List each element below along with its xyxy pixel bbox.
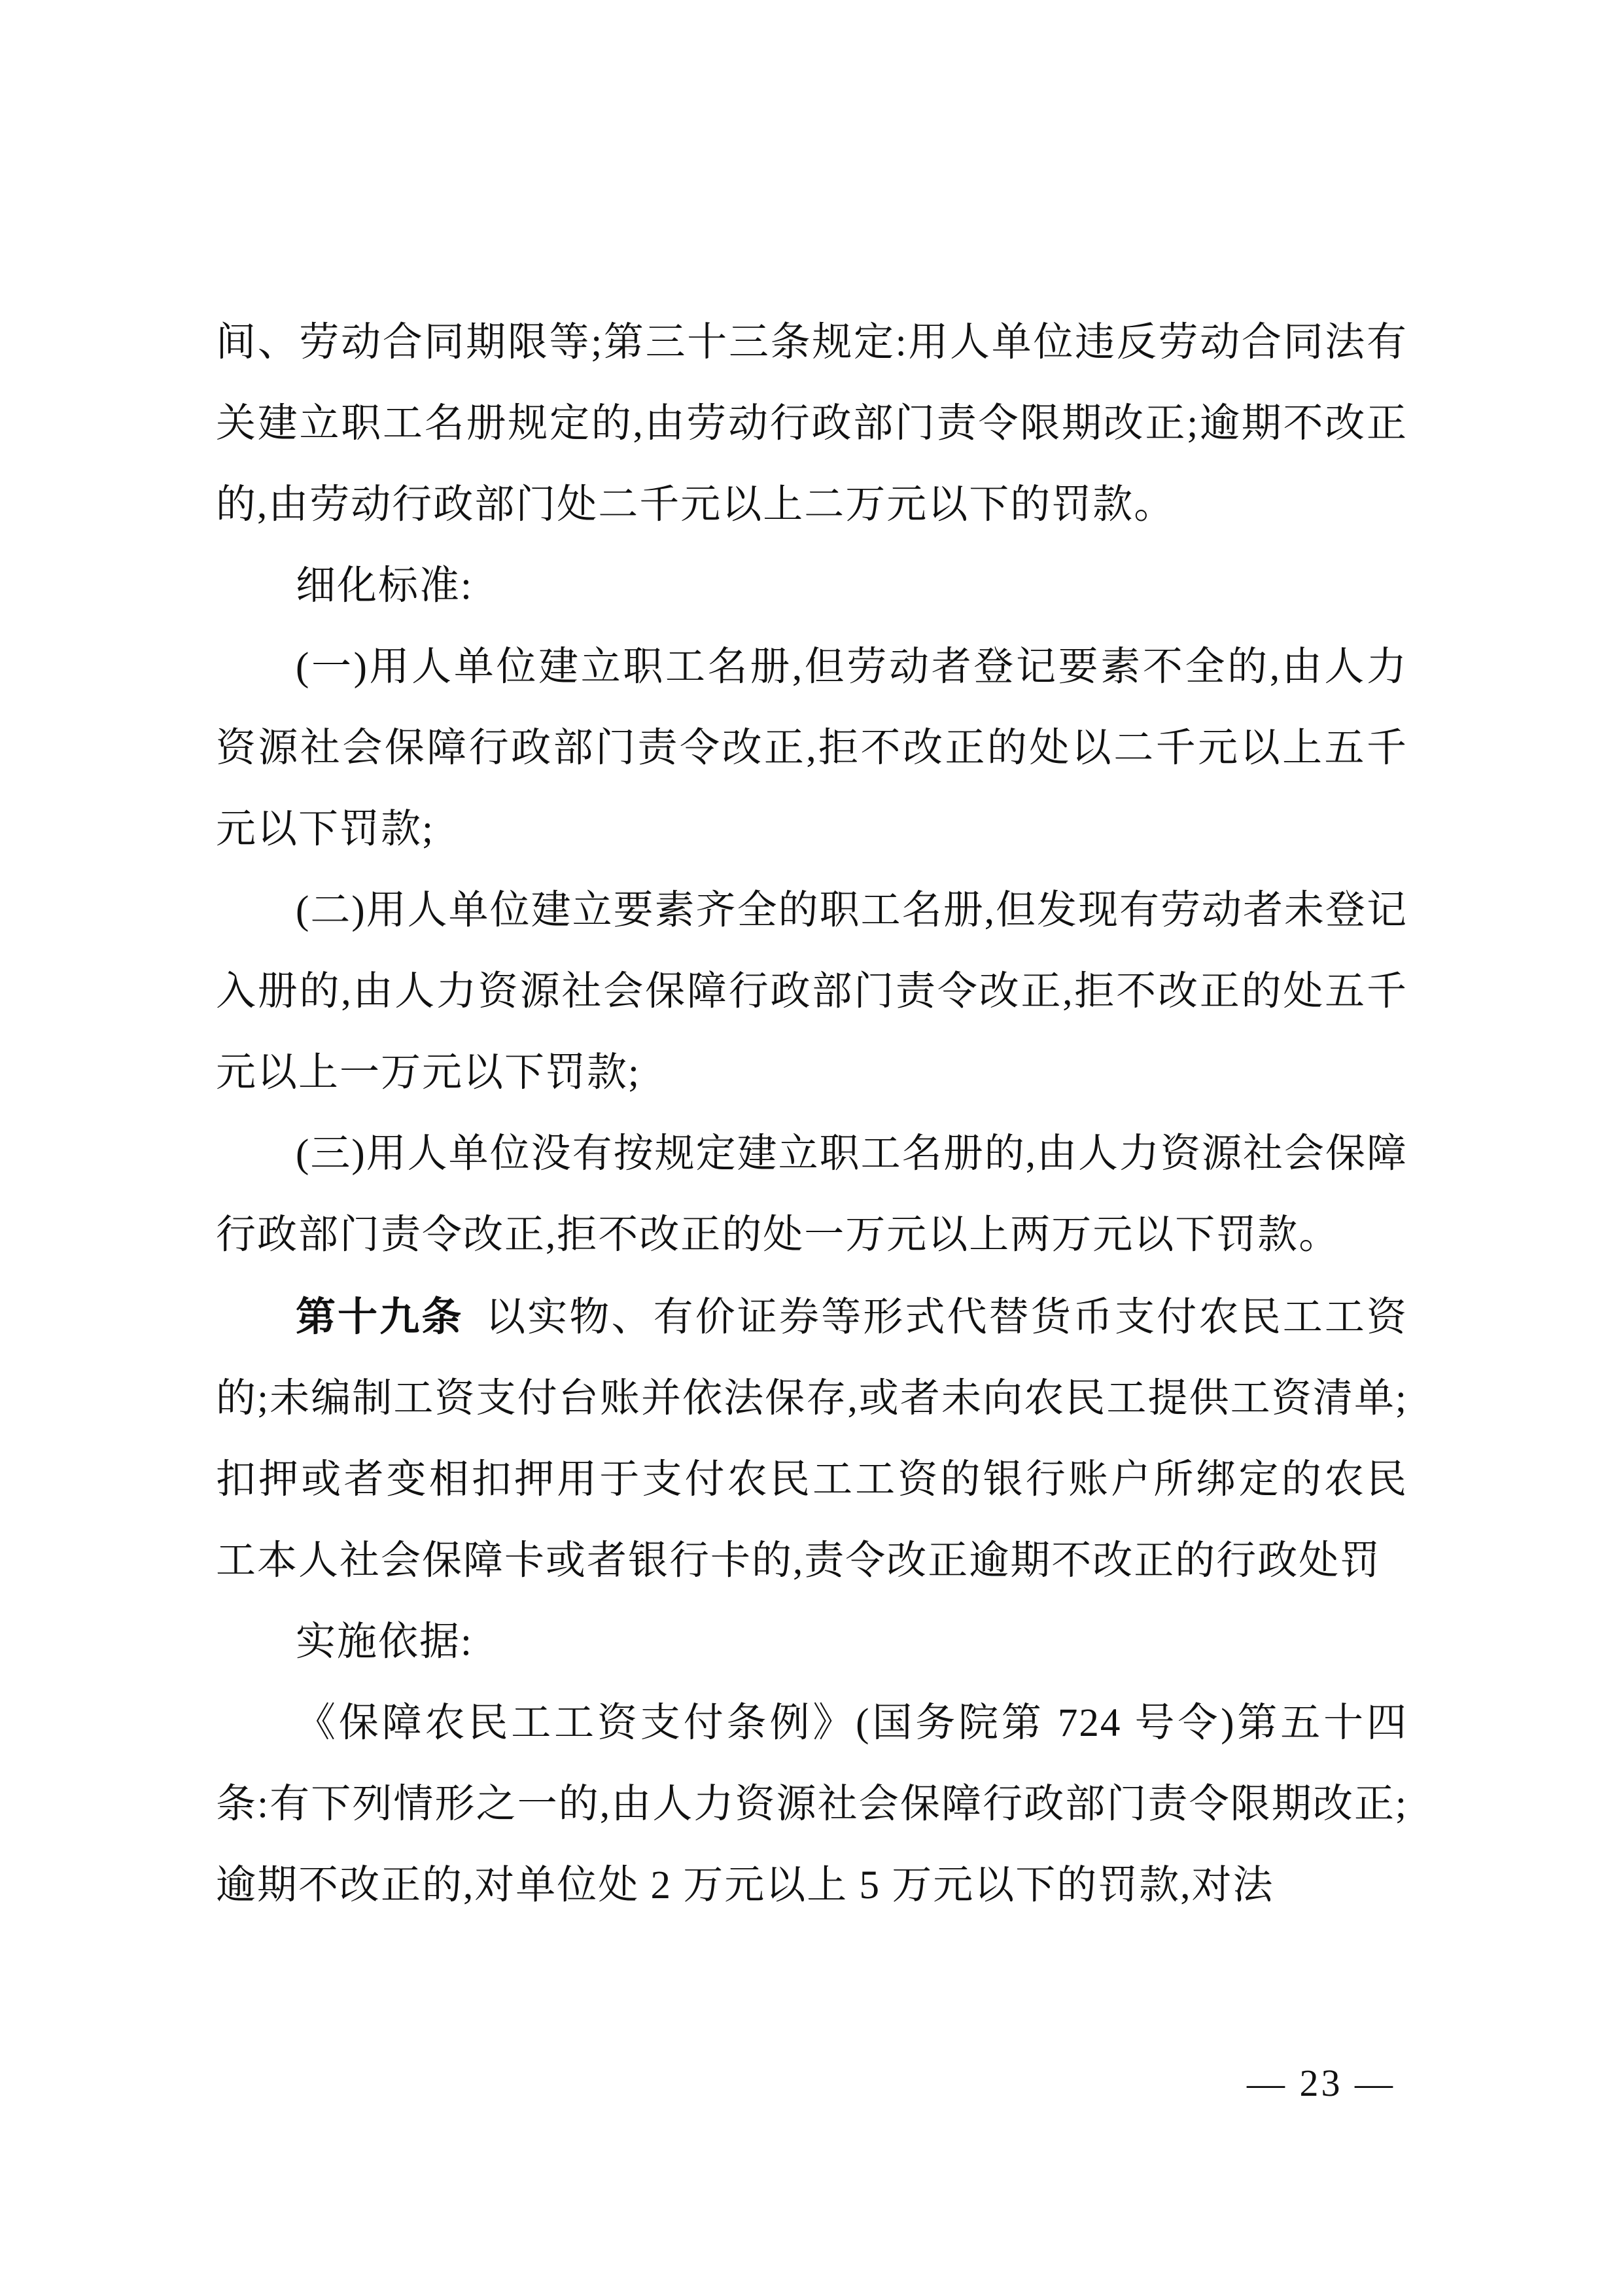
paragraph-article-19: 第十九条以实物、有价证券等形式代替货币支付农民工工资的;未编制工资支付台账并依法… — [216, 1276, 1408, 1602]
paragraph-continuation: 间、劳动合同期限等;第三十三条规定:用人单位违反劳动合同法有关建立职工名册规定的… — [216, 302, 1408, 546]
article-number: 第十九条 — [296, 1294, 464, 1339]
heading-refinement-standards: 细化标准: — [216, 546, 1408, 627]
list-item-3: (三)用人单位没有按规定建立职工名册的,由人力资源社会保障行政部门责令改正,拒不… — [216, 1114, 1408, 1276]
list-item-2: (二)用人单位建立要素齐全的职工名册,但发现有劳动者未登记入册的,由人力资源社会… — [216, 870, 1408, 1114]
page-number: — 23 — — [1247, 2061, 1395, 2105]
list-item-1: (一)用人单位建立职工名册,但劳动者登记要素不全的,由人力资源社会保障行政部门责… — [216, 627, 1408, 870]
heading-implementation-basis: 实施依据: — [216, 1602, 1408, 1683]
paragraph-regulation-quote: 《保障农民工工资支付条例》(国务院第 724 号令)第五十四条:有下列情形之一的… — [216, 1683, 1408, 1926]
page-body: 间、劳动合同期限等;第三十三条规定:用人单位违反劳动合同法有关建立职工名册规定的… — [216, 302, 1408, 1926]
document-page: 间、劳动合同期限等;第三十三条规定:用人单位违反劳动合同法有关建立职工名册规定的… — [0, 0, 1623, 2296]
